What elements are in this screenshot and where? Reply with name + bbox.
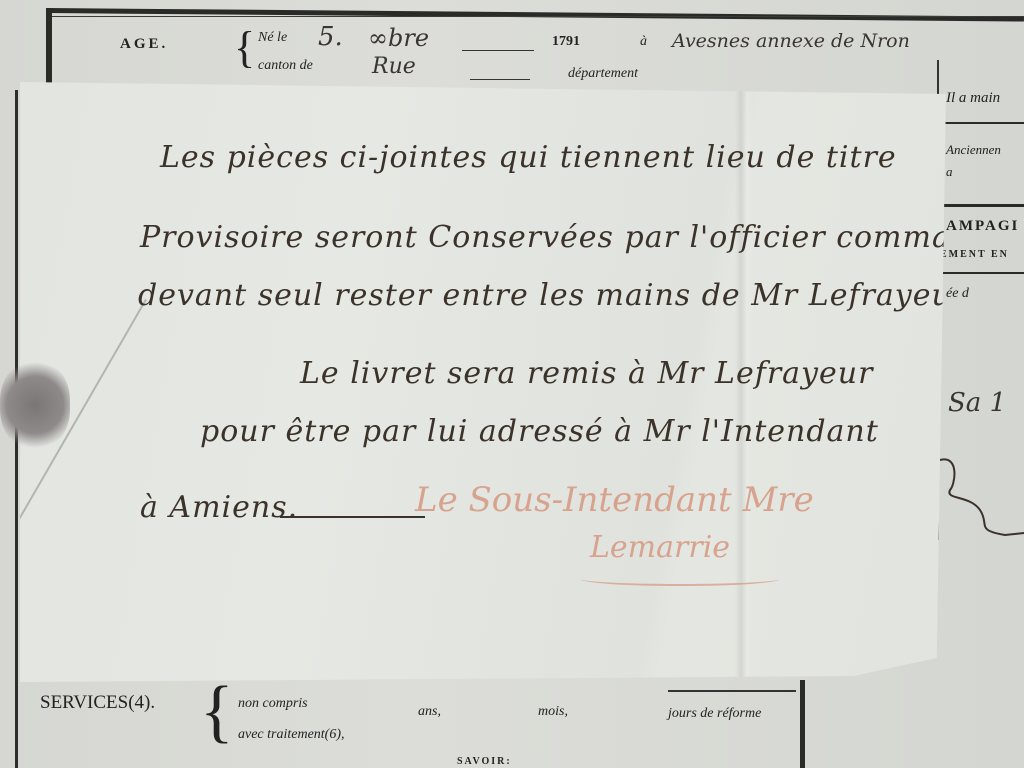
- form-right-text: ée d: [946, 286, 969, 302]
- ink-flourish-line: [280, 516, 425, 518]
- form-right-heading: EMENT EN: [940, 249, 1009, 260]
- form-border-top-thin: [48, 16, 1024, 17]
- age-label: AGE.: [120, 36, 168, 53]
- letter-line-6: à Amiens.: [140, 490, 298, 525]
- red-stamp-name: Lemarrie: [590, 530, 730, 565]
- ne-le-label: Né le: [258, 30, 287, 46]
- letter-line-5: pour être par lui adressé à Mr l'Intenda…: [200, 414, 879, 449]
- form-bottom-border: [800, 680, 805, 768]
- non-compris-label: non compris: [238, 696, 308, 712]
- form-right-handwritten: Sa 1: [948, 388, 1006, 418]
- red-flourish: [580, 572, 780, 586]
- form-right-heading: AMPAGI: [946, 218, 1019, 235]
- letter-line-1: Les pièces ci-jointes qui tiennent lieu …: [160, 140, 897, 175]
- rule: [462, 50, 534, 51]
- ink-scribble-icon: [935, 455, 1024, 540]
- red-stamp-signature: Le Sous-Intendant Mre: [415, 480, 814, 520]
- month-value: ∞bre: [368, 24, 429, 52]
- brace-top: {: [234, 22, 255, 73]
- place-value: Avesnes annexe de Nron: [672, 30, 910, 52]
- form-bottom-rule: [668, 690, 796, 692]
- letter-line-2: Provisoire seront Conservées par l'offic…: [140, 220, 1024, 255]
- letter-line-4: Le livret sera remis à Mr Lefrayeur: [300, 356, 873, 391]
- brace-bottom: {: [200, 672, 234, 752]
- ne-le-value: 5.: [318, 22, 343, 52]
- jours-label: jours de réforme: [668, 706, 761, 722]
- canton-label: canton de: [258, 58, 313, 74]
- ans-label: ans,: [418, 704, 441, 720]
- avec-traitement-label: avec traitement(6),: [238, 727, 345, 743]
- rule: [470, 79, 530, 80]
- form-right-text: Anciennen: [946, 142, 1001, 158]
- form-right-text: a: [946, 164, 953, 180]
- form-right-text: Il a main: [946, 90, 1000, 107]
- form-right-rule: [937, 272, 1024, 274]
- services-label: SERVICES(4).: [40, 692, 155, 714]
- a-label: à: [640, 34, 647, 50]
- form-right-rule: [937, 122, 1024, 124]
- mois-label: mois,: [538, 704, 568, 720]
- savoir-label: SAVOIR:: [457, 756, 512, 767]
- wax-seal-stain: [0, 360, 70, 450]
- letter-line-3: devant seul rester entre les mains de Mr…: [138, 278, 967, 313]
- year-value: 1791: [552, 34, 580, 50]
- form-border-top: [48, 8, 1024, 22]
- canton-value: Rue: [372, 54, 416, 79]
- departement-label: département: [568, 66, 638, 82]
- form-right-rule: [937, 204, 1024, 207]
- handwritten-letter: Les pièces ci-jointes qui tiennent lieu …: [20, 82, 946, 682]
